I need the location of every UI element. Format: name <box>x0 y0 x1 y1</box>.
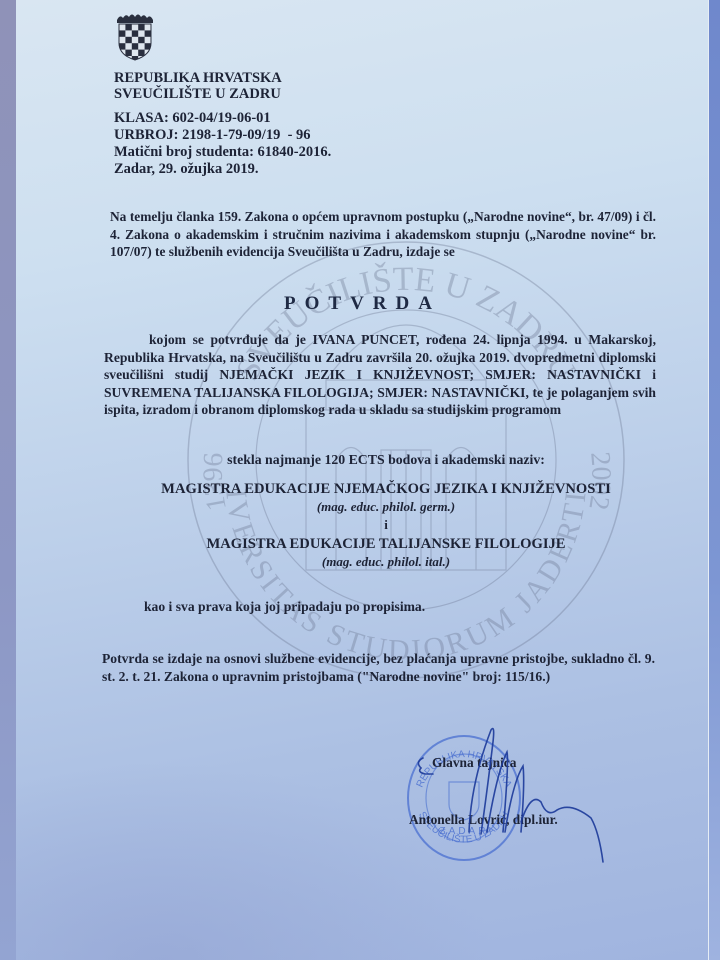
table-surface-right <box>709 0 720 960</box>
document-page: SVEUČILIŠTE U ZADRU UNIVERSITAS STUDIORU… <box>16 0 709 960</box>
degree-title-1: MAGISTRA EDUKACIJE NJEMAČKOG JEZIKA I KN… <box>112 481 660 498</box>
urbroj: URBROJ: 2198-1-79-09/19 - 96 <box>114 127 331 144</box>
document-header: REPUBLIKA HRVATSKA SVEUČILIŠTE U ZADRU K… <box>114 70 331 178</box>
ects-line: stekla najmanje 120 ECTS bodova i akadem… <box>112 452 660 468</box>
fee-paragraph: Potvrda se izdaje na osnovi službene evi… <box>102 650 655 685</box>
place-date: Zadar, 29. ožujka 2019. <box>114 161 331 178</box>
document-title: POTVRDA <box>16 293 709 315</box>
table-surface-left <box>0 0 16 960</box>
degree-abbreviation-1: (mag. educ. philol. germ.) <box>112 499 660 515</box>
croatian-coat-of-arms-icon <box>114 13 156 61</box>
confirmation-paragraph: kojom se potvrđuje da je IVANA PUNCET, r… <box>104 331 656 419</box>
legal-basis-paragraph: Na temelju članka 159. Zakona o općem up… <box>110 208 656 261</box>
handwritten-signature <box>411 722 611 872</box>
student-number: Matični broj studenta: 61840-2016. <box>114 144 331 161</box>
conjunction: i <box>112 517 660 533</box>
degree-abbreviation-2: (mag. educ. philol. ital.) <box>112 554 660 570</box>
country-name: REPUBLIKA HRVATSKA <box>114 70 331 86</box>
institution-name: SVEUČILIŠTE U ZADRU <box>114 86 331 102</box>
rights-line: kao i sva prava koja joj pripadaju po pr… <box>144 599 425 615</box>
degree-title-2: MAGISTRA EDUKACIJE TALIJANSKE FILOLOGIJE <box>112 536 660 553</box>
klasa: KLASA: 602-04/19-06-01 <box>114 110 331 127</box>
